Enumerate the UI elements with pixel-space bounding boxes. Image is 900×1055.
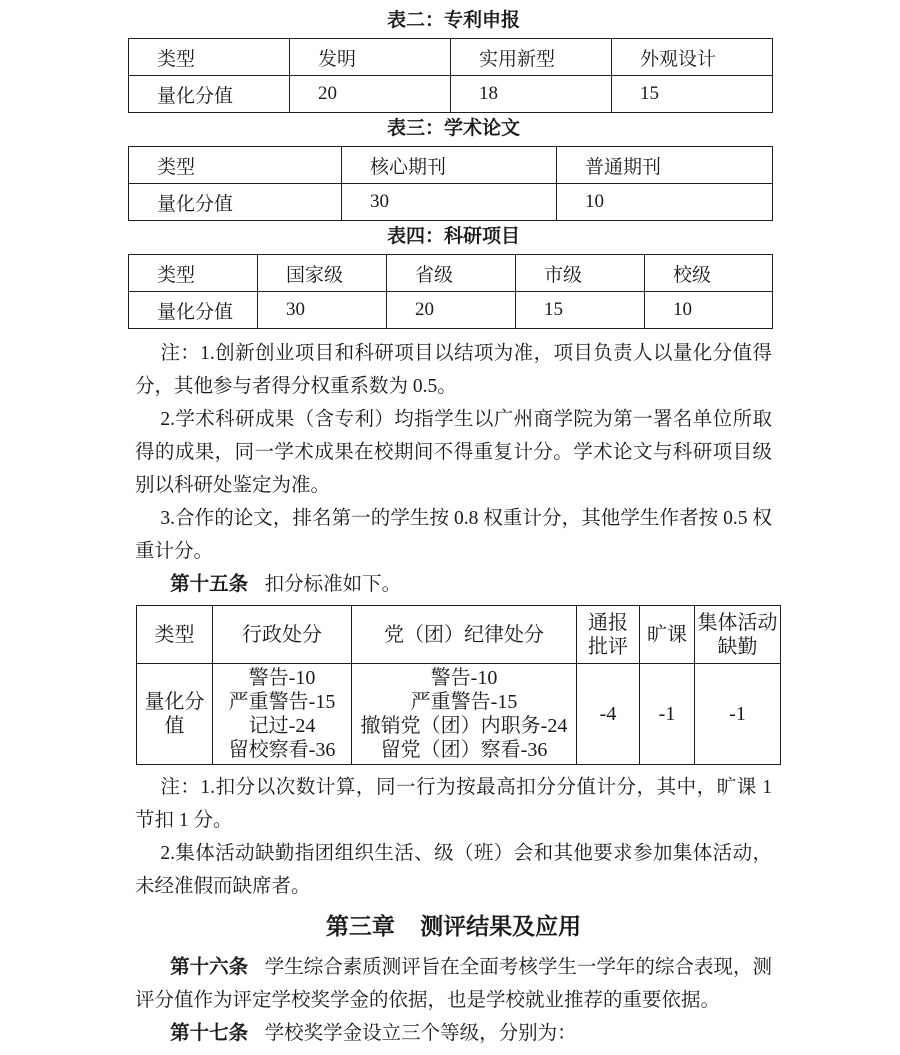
document-page: 表二：专利申报 类型 发明 实用新型 外观设计 量化分值 20 18 15 表三… [0, 0, 900, 1055]
table3-header-ordinary-journal: 普通期刊 [557, 147, 773, 184]
clause-15-text: 扣分标准如下。 [265, 574, 402, 595]
table4-value-row: 量化分值 30 20 15 10 [129, 292, 773, 329]
deduction-note-1: 注：1.扣分以次数计算，同一行为按最高扣分分值计分，其中，旷课 1 节扣 1 分… [135, 771, 772, 837]
deduction-note-2: 2.集体活动缺勤指团组织生活、级（班）会和其他要求参加集体活动，未经准假而缺席者… [135, 837, 772, 903]
table5-value-public-criticism: -4 [577, 664, 640, 765]
table2-value-invention: 20 [290, 76, 451, 113]
table2-value-row: 量化分值 20 18 15 [129, 76, 773, 113]
table3-header-core-journal: 核心期刊 [342, 147, 557, 184]
table5-header-administrative-sanction: 行政处分 [213, 606, 352, 664]
table2-value-utility-model: 18 [451, 76, 612, 113]
clause-16: 第十六条学生综合素质测评旨在全面考核学生一学年的综合表现，测评分值作为评定学校奖… [135, 951, 772, 1017]
clause-15-label: 第十五条 [170, 574, 248, 595]
table5-admin-line-2: 严重警告-15 [215, 690, 349, 714]
table5-value-truancy: -1 [640, 664, 695, 765]
science-notes: 注：1.创新创业项目和科研项目以结项为准，项目负责人以量化分值得分，其他参与者得… [0, 337, 900, 568]
table2-value-design: 15 [612, 76, 773, 113]
table5-header-type: 类型 [137, 606, 213, 664]
table5-admin-line-1: 警告-10 [215, 666, 349, 690]
table5-party-line-2: 严重警告-15 [354, 690, 574, 714]
clause-17-text: 学校奖学金设立三个等级，分别为： [265, 1023, 577, 1044]
table4-value-provincial: 20 [387, 292, 516, 329]
table4-value-national: 30 [258, 292, 387, 329]
clause-17-label: 第十七条 [170, 1023, 248, 1044]
chapter3-label: 第三章 [326, 914, 395, 939]
table5-header-row: 类型 行政处分 党（团）纪律处分 通报批评 旷课 集体活动缺勤 [137, 606, 781, 664]
deduction-notes: 注：1.扣分以次数计算，同一行为按最高扣分分值计分，其中，旷课 1 节扣 1 分… [0, 771, 900, 903]
table5-header-group-activity-absence: 集体活动缺勤 [695, 606, 781, 664]
table2-title: 表二：专利申报 [135, 10, 772, 32]
table3-header-type: 类型 [129, 147, 342, 184]
table5-deduction-standards: 类型 行政处分 党（团）纪律处分 通报批评 旷课 集体活动缺勤 量化分值 警告-… [136, 605, 781, 765]
table4-value-school: 10 [645, 292, 773, 329]
table2-header-design: 外观设计 [612, 39, 773, 76]
table3-header-row: 类型 核心期刊 普通期刊 [129, 147, 773, 184]
science-note-3: 3.合作的论文，排名第一的学生按 0.8 权重计分，其他学生作者按 0.5 权重… [135, 502, 772, 568]
table5-header-truancy: 旷课 [640, 606, 695, 664]
table5-value-row: 量化分值 警告-10 严重警告-15 记过-24 留校察看-36 警告-10 严… [137, 664, 781, 765]
table2-header-type: 类型 [129, 39, 290, 76]
table5-admin-line-3: 记过-24 [215, 714, 349, 738]
table4-header-provincial: 省级 [387, 255, 516, 292]
table3-row-label: 量化分值 [129, 184, 342, 221]
table4-header-national: 国家级 [258, 255, 387, 292]
table3-value-ordinary-journal: 10 [557, 184, 773, 221]
table5-admin-sanction-values: 警告-10 严重警告-15 记过-24 留校察看-36 [213, 664, 352, 765]
table4-title: 表四：科研项目 [135, 226, 772, 248]
table3-title: 表三：学术论文 [135, 118, 772, 140]
table5-party-line-3: 撤销党（团）内职务-24 [354, 714, 574, 738]
table2-header-invention: 发明 [290, 39, 451, 76]
science-note-1: 注：1.创新创业项目和科研项目以结项为准，项目负责人以量化分值得分，其他参与者得… [135, 337, 772, 403]
science-note-2: 2.学术科研成果（含专利）均指学生以广州商学院为第一署名单位所取得的成果，同一学… [135, 403, 772, 502]
chapter3-title: 测评结果及应用 [420, 914, 581, 939]
table5-row-label: 量化分值 [137, 664, 213, 765]
table4-row-label: 量化分值 [129, 292, 258, 329]
table3-value-core-journal: 30 [342, 184, 557, 221]
table5-party-line-1: 警告-10 [354, 666, 574, 690]
table5-value-group-activity-absence: -1 [695, 664, 781, 765]
table3-academic-papers: 类型 核心期刊 普通期刊 量化分值 30 10 [128, 146, 773, 221]
table4-value-municipal: 15 [516, 292, 645, 329]
table4-header-type: 类型 [129, 255, 258, 292]
table5-party-line-4: 留党（团）察看-36 [354, 738, 574, 762]
table4-header-row: 类型 国家级 省级 市级 校级 [129, 255, 773, 292]
clause-17: 第十七条学校奖学金设立三个等级，分别为： [135, 1017, 772, 1050]
table2-row-label: 量化分值 [129, 76, 290, 113]
clause-16-label: 第十六条 [170, 957, 248, 978]
table5-header-party-discipline: 党（团）纪律处分 [352, 606, 577, 664]
table5-admin-line-4: 留校察看-36 [215, 738, 349, 762]
table2-header-row: 类型 发明 实用新型 外观设计 [129, 39, 773, 76]
table3-value-row: 量化分值 30 10 [129, 184, 773, 221]
table4-header-municipal: 市级 [516, 255, 645, 292]
chapter3-heading: 第三章测评结果及应用 [135, 909, 772, 945]
table2-header-utility-model: 实用新型 [451, 39, 612, 76]
clause-15: 第十五条扣分标准如下。 [135, 568, 772, 601]
table5-header-public-criticism: 通报批评 [577, 606, 640, 664]
table4-research-projects: 类型 国家级 省级 市级 校级 量化分值 30 20 15 10 [128, 254, 773, 329]
table5-party-discipline-values: 警告-10 严重警告-15 撤销党（团）内职务-24 留党（团）察看-36 [352, 664, 577, 765]
table4-header-school: 校级 [645, 255, 773, 292]
table2-patent-application: 类型 发明 实用新型 外观设计 量化分值 20 18 15 [128, 38, 773, 113]
